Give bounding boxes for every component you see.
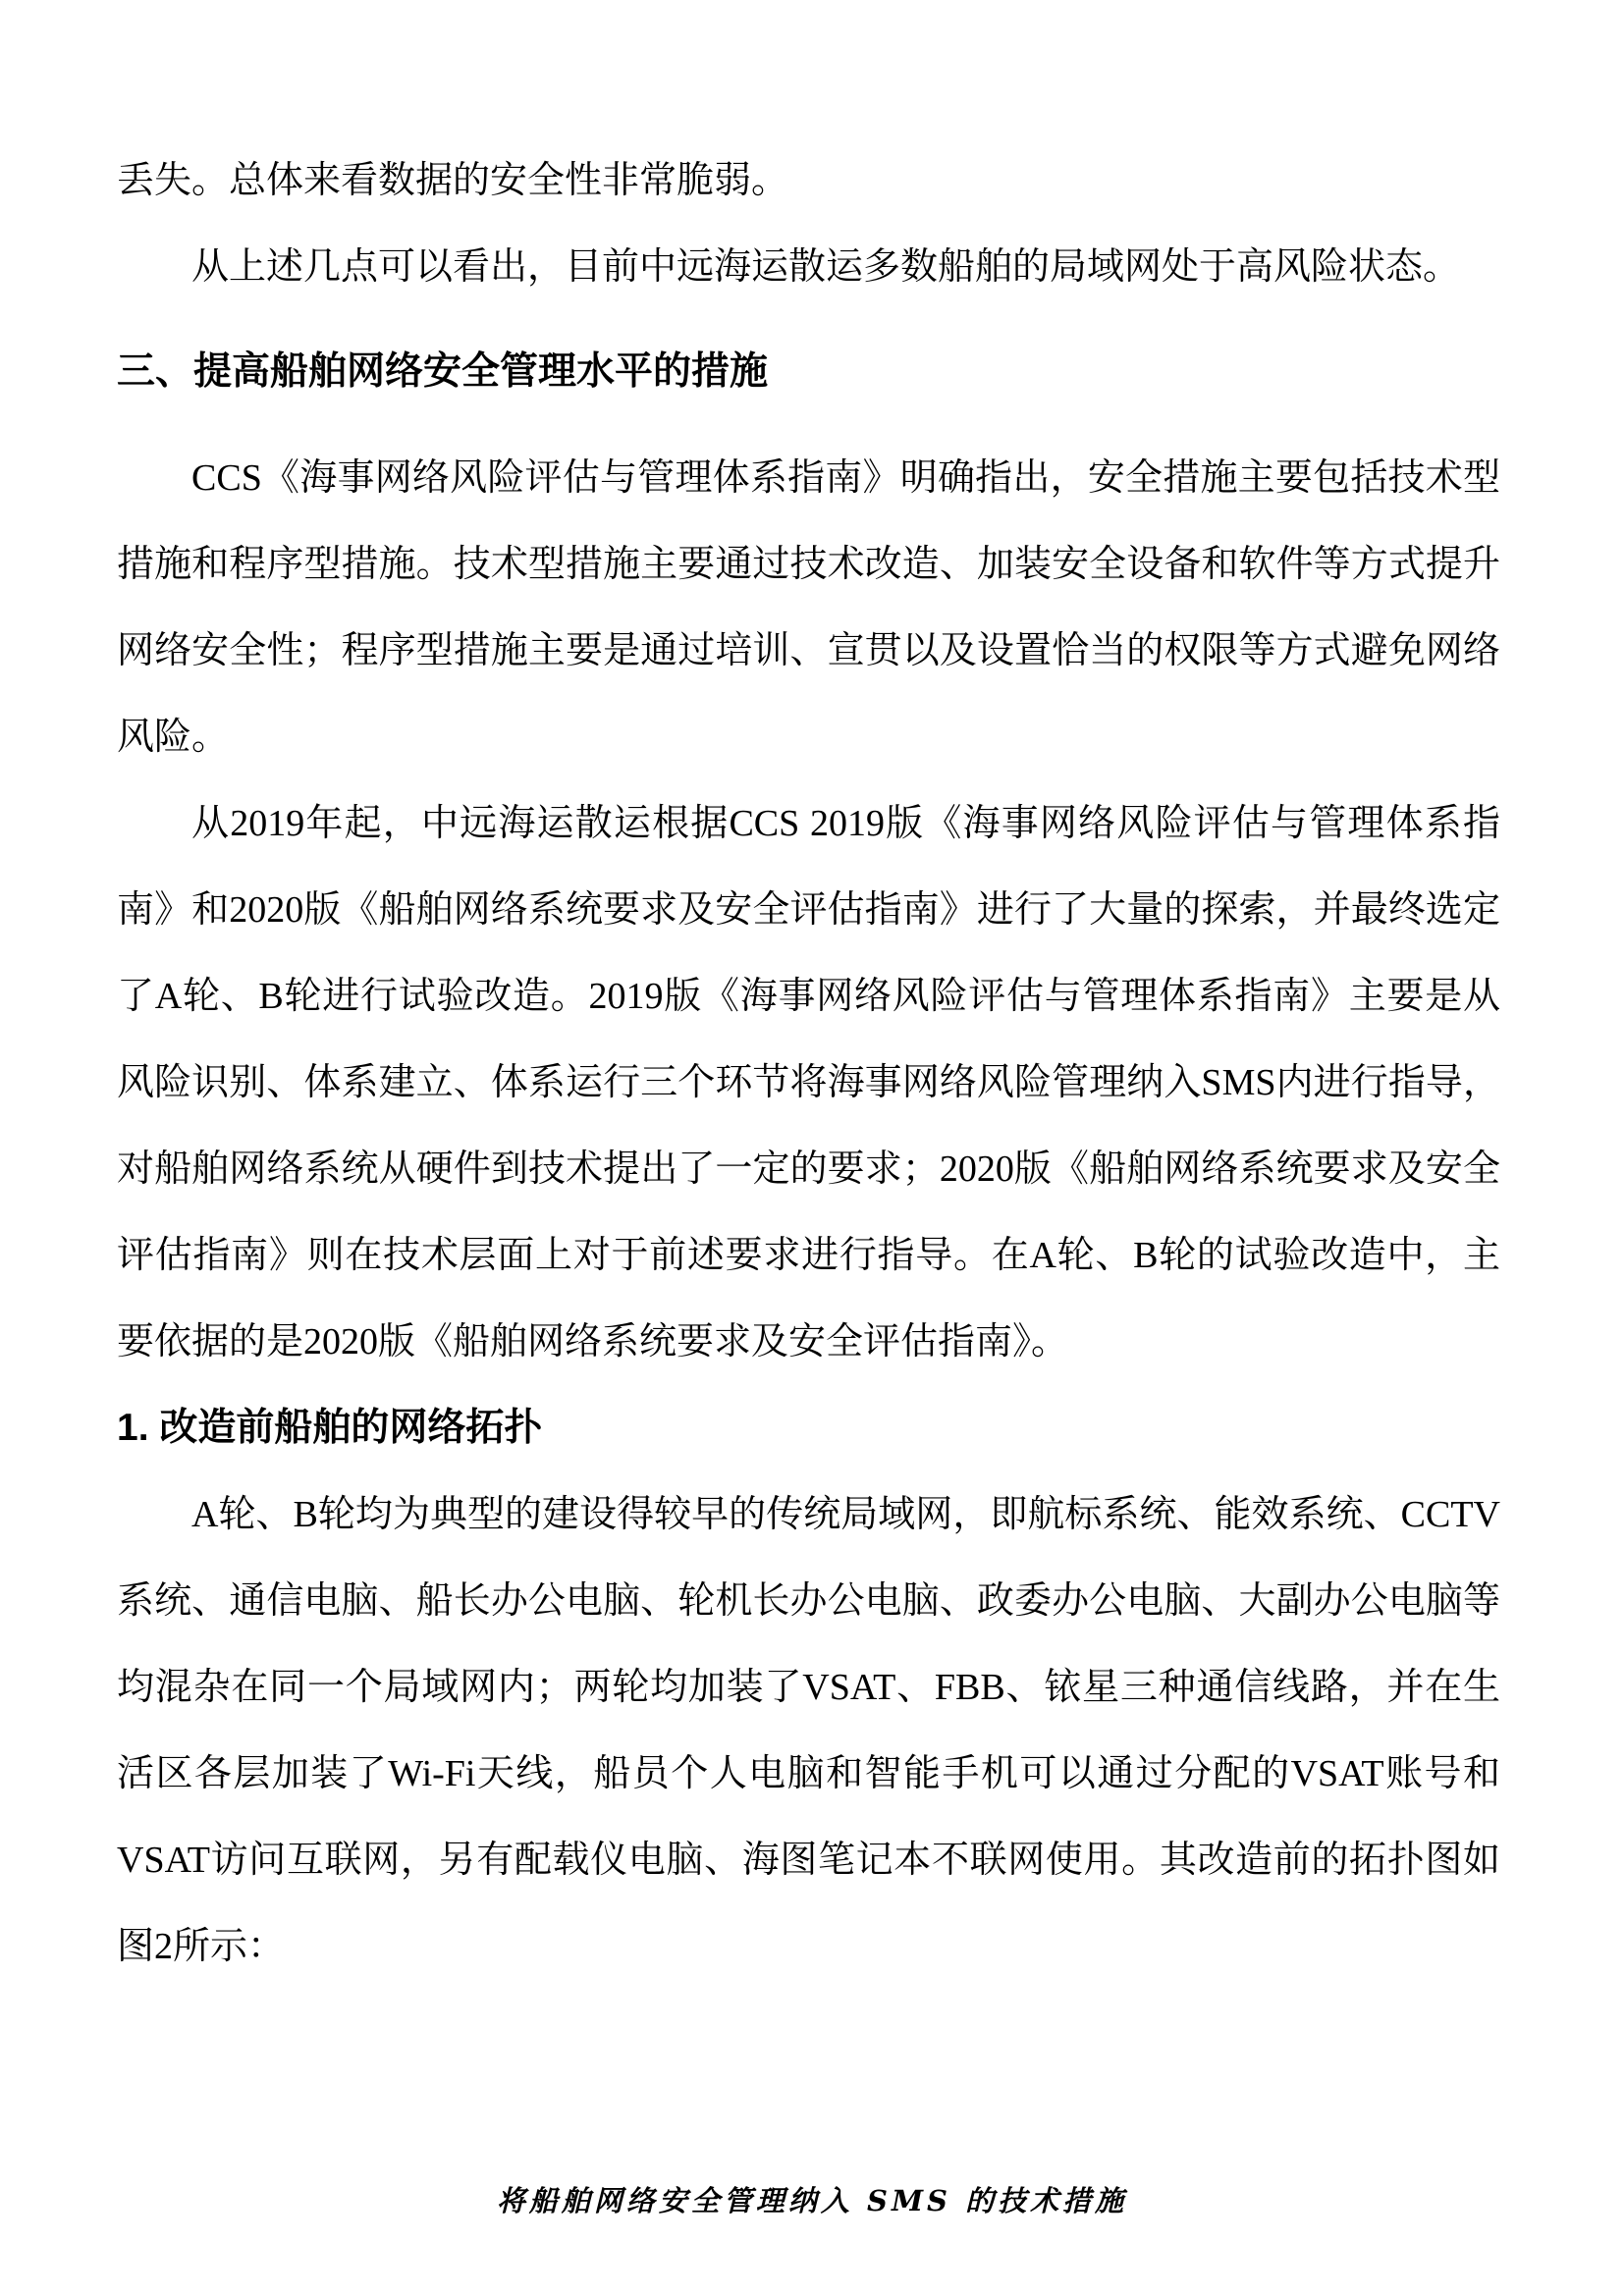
page-footer-title: 将船舶网络安全管理纳入 SMS 的技术措施 bbox=[0, 2181, 1624, 2220]
document-body: 丢失。总体来看数据的安全性非常脆弱。 从上述几点可以看出，目前中远海运散运多数船… bbox=[117, 137, 1500, 1990]
paragraph-continued-from-previous-page: 丢失。总体来看数据的安全性非常脆弱。 bbox=[117, 137, 1500, 224]
section-heading-3: 三、提高船舶网络安全管理水平的措施 bbox=[117, 329, 1500, 415]
paragraph-risk-summary: 从上述几点可以看出，目前中远海运散运多数船舶的局域网处于高风险状态。 bbox=[117, 224, 1500, 310]
paragraph-2019-2020-guides: 从2019年起，中远海运散运根据CCS 2019版《海事网络风险评估与管理体系指… bbox=[117, 780, 1500, 1385]
subsection-heading-1: 1. 改造前船舶的网络拓扑 bbox=[117, 1385, 1500, 1471]
paragraph-ccs-guide: CCS《海事网络风险评估与管理体系指南》明确指出，安全措施主要包括技术型措施和程… bbox=[117, 435, 1500, 780]
document-page: 丢失。总体来看数据的安全性非常脆弱。 从上述几点可以看出，目前中远海运散运多数船… bbox=[0, 0, 1624, 2296]
paragraph-pre-retrofit-topology: A轮、B轮均为典型的建设得较早的传统局域网，即航标系统、能效系统、CCTV系统、… bbox=[117, 1471, 1500, 1990]
